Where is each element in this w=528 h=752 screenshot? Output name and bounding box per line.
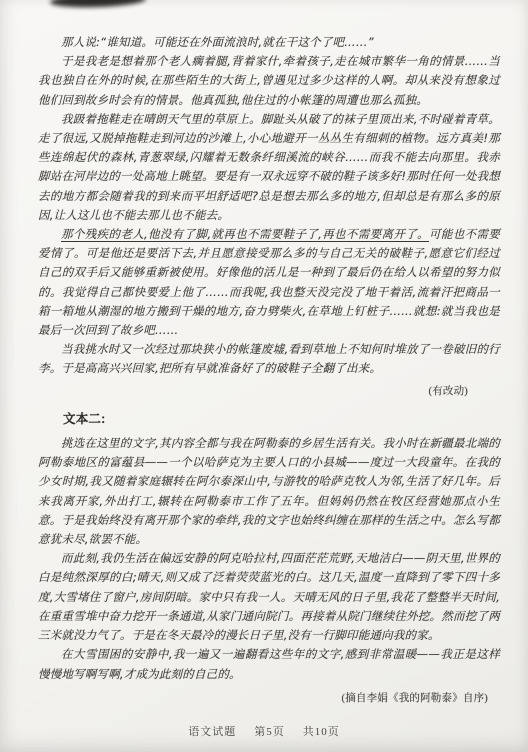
text-two-paragraph-winter: 而此刻,我仍生活在偏远安静的阿克哈拉村,四面茫茫荒野,天地洁白——阴天里,世界的… — [38, 549, 500, 645]
scanned-exam-page: 那人说:“谁知道。可能还在外面流浪时,就在干这个了吧……” 于是我老是想着那个老… — [0, 0, 528, 752]
scan-smudge — [50, 0, 146, 9]
text-one-paragraph-dialogue: 那人说:“谁知道。可能还在外面流浪时,就在干这个了吧……” — [38, 33, 500, 52]
text-one-paragraph-memory: 于是我老是想着那个老人瘸着腿,背着家什,牵着孩子,走在城市繁华一角的情景……当我… — [38, 52, 500, 110]
footer-exam-title: 语文试题 — [188, 726, 236, 738]
page-body-text: 那人说:“谁知道。可能还在外面流浪时,就在干这个了吧……” 于是我老是想着那个老… — [38, 33, 500, 708]
source-attribution: (摘自李娟《我的阿勒泰》自序) — [38, 689, 500, 708]
text-one-paragraph-ending: 当我挑水时又一次经过那块狭小的帐篷废墟,看到草地上不知何时堆放了一卷破旧的行李。… — [38, 340, 500, 378]
footer-page-number: 第5页 — [254, 726, 285, 738]
paragraph-continuation: 可能也不需要爱情了。可是他还是要活下去,并且愿意接受那么多的与自己无关的破鞋子,… — [38, 227, 500, 337]
text-one-paragraph-old-man: 那个残疾的老人,他没有了脚,就再也不需要鞋子了,再也不需要离开了。可能也不需要爱… — [38, 225, 500, 340]
text-two-paragraph-closing: 在大雪围困的安静中,我一遍又一遍翻看这些年的文字,感到非常温暖——我正是这样慢慢… — [38, 645, 500, 683]
text-two-heading: 文本二: — [38, 410, 500, 429]
footer-total-pages: 共10页 — [303, 726, 340, 738]
revision-note: (有改动) — [38, 382, 500, 401]
page-footer: 语文试题第5页共10页 — [0, 723, 528, 739]
underlined-sentence: 那个残疾的老人,他没有了脚,就再也不需要鞋子了,再也不需要离开了。 — [61, 227, 429, 241]
text-one-paragraph-grassland: 我趿着拖鞋走在晴朗天气里的草原上。脚趾头从破了的袜子里顶出来,不时碰着青草。走了… — [38, 110, 500, 225]
text-two-paragraph-background: 挑选在这里的文字,其内容全都与我在阿勒泰的乡居生活有关。我小时在新疆最北端的阿勒… — [38, 434, 500, 549]
